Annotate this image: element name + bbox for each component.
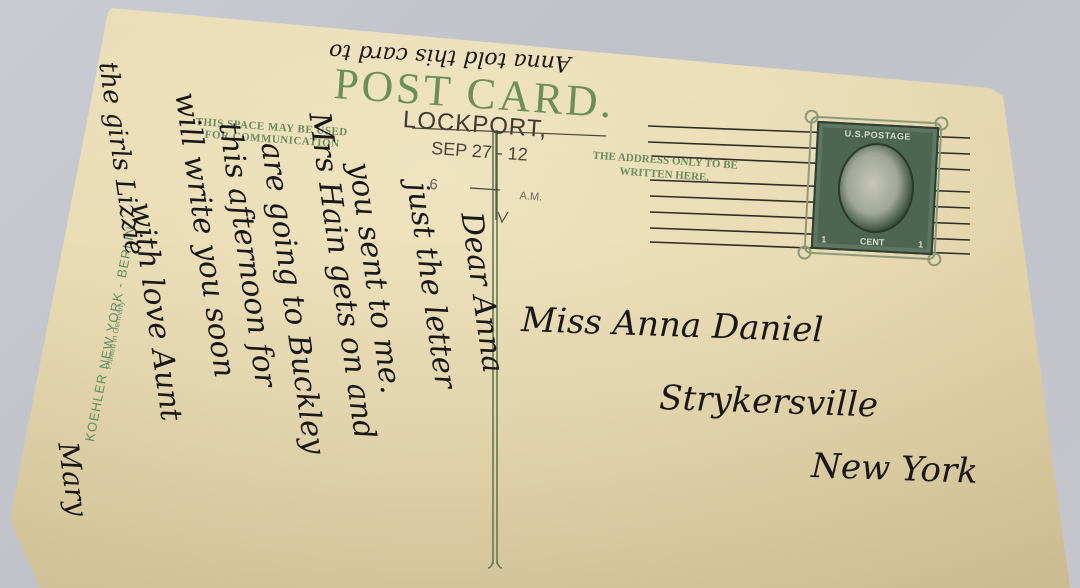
stamp-value-left: 1 <box>821 234 827 244</box>
stamp-value-right: 1 <box>918 239 924 249</box>
address-line-2: Strykersville <box>659 378 879 426</box>
stamp-header: U.S.POSTAGE <box>819 127 937 143</box>
stamp-footer: 1 CENT 1 <box>813 234 931 250</box>
stamp-denomination: CENT <box>860 236 885 247</box>
postage-stamp: U.S.POSTAGE 1 CENT 1 <box>811 121 940 255</box>
washington-portrait-icon <box>836 141 917 235</box>
address-line-3: New York <box>811 446 979 492</box>
postmark-ampm: A.M. <box>519 190 542 204</box>
